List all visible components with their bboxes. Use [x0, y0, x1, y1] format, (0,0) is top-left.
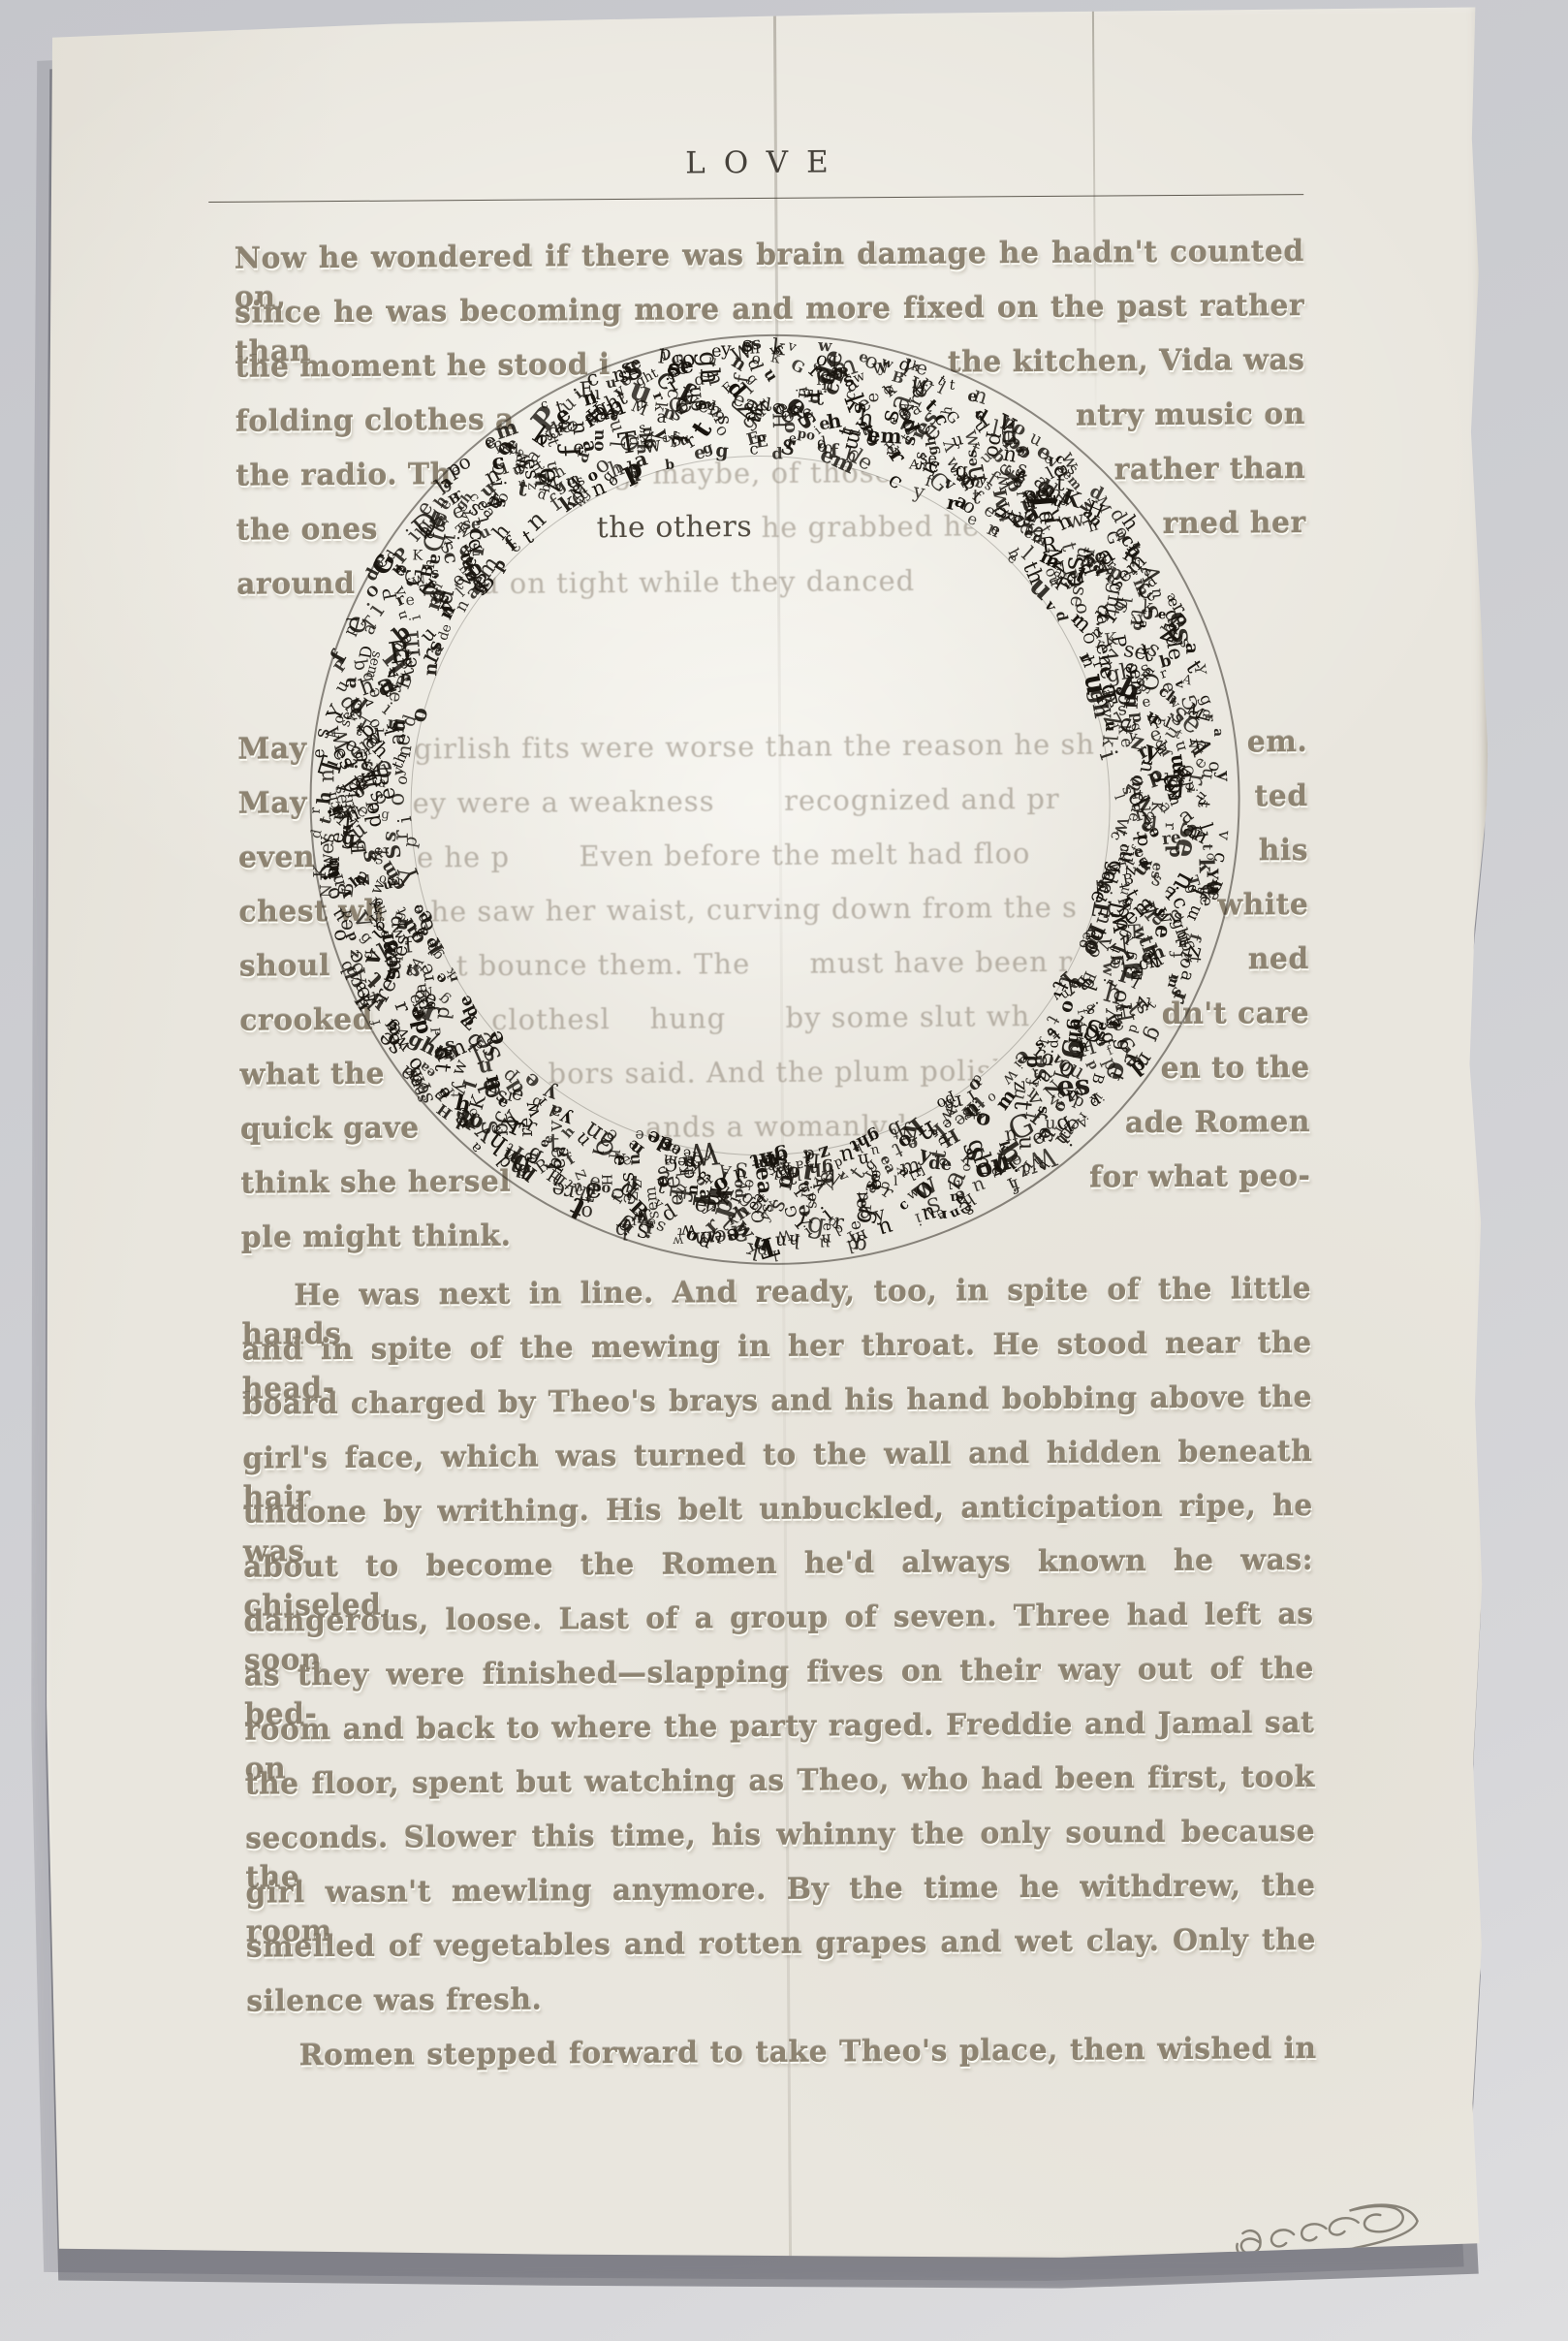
- collage-letter: t: [1199, 844, 1215, 851]
- collage-letter: S: [735, 1158, 749, 1182]
- collage-letter: w: [817, 335, 832, 355]
- collage-letter: w: [912, 373, 927, 395]
- collage-letter: i: [458, 511, 474, 516]
- collage-letter: de: [1195, 882, 1221, 908]
- collage-letter: o: [481, 1072, 496, 1096]
- collage-letter: n: [774, 1231, 787, 1252]
- collage-letter: z: [345, 949, 362, 958]
- collage-letter: o: [1204, 852, 1218, 860]
- collage-letter: se: [337, 710, 356, 728]
- collage-letter: r: [307, 807, 323, 814]
- collage-letter: v: [857, 1186, 867, 1207]
- collage-letter: e: [818, 414, 831, 434]
- collage-letter: b: [438, 1046, 448, 1061]
- collage-letter: y: [315, 837, 334, 846]
- collage-letter: es: [1147, 862, 1165, 880]
- collage-letter: t: [449, 1091, 464, 1097]
- collage-letter: k: [771, 334, 787, 361]
- collage-letter: A: [1093, 555, 1112, 582]
- collage-letter: b: [665, 457, 675, 473]
- collage-letter: o: [1205, 761, 1225, 772]
- collage-letter: l: [976, 1170, 993, 1176]
- collage-letter: v: [1213, 830, 1234, 841]
- collage-letter: gh: [681, 385, 706, 413]
- collage-letter: em: [866, 423, 902, 449]
- collage-letter: u: [950, 1189, 961, 1206]
- collage-letter: D: [318, 864, 342, 881]
- collage-letter: po: [796, 426, 816, 444]
- collage-letter: S: [963, 1147, 988, 1162]
- collage-letter: e: [711, 340, 722, 361]
- collage-letter: A: [323, 725, 344, 741]
- collage-letter: n: [821, 1230, 831, 1249]
- collage-letter: e: [664, 1193, 688, 1206]
- collage-letter: a: [1210, 728, 1226, 737]
- collage-letter: g: [380, 807, 390, 823]
- collage-letter: e: [541, 1135, 556, 1144]
- collage-letter: z: [941, 1179, 964, 1189]
- collage-letter: A: [908, 457, 920, 473]
- collage-letter: B: [366, 771, 392, 788]
- collage-letter: a: [350, 749, 376, 764]
- collage-letter: e: [658, 1175, 686, 1191]
- collage-letter: Y: [1103, 1007, 1128, 1023]
- collage-letter: v: [1097, 708, 1117, 718]
- collage-letter: g: [715, 440, 730, 462]
- collage-letter: v: [1172, 680, 1187, 688]
- collage-letter: re: [1160, 828, 1181, 849]
- collage-letter: w: [870, 355, 890, 379]
- collage-letter: a: [730, 1217, 750, 1252]
- collage-letter: ea: [750, 1165, 778, 1194]
- collage-letter: e: [862, 393, 883, 403]
- letter-collage-ring: ScokbuzfyufmzEeArsemgesfiuNgikchdeseuiay…: [29, 3, 1498, 2271]
- collage-letter: i: [541, 1162, 561, 1170]
- collage-letter: es: [804, 1192, 823, 1209]
- collage-letter: k: [688, 1155, 704, 1181]
- collage-letter: z: [620, 1190, 643, 1201]
- collage-letter: h: [312, 790, 335, 806]
- collage-letter: H: [998, 427, 1021, 445]
- book-page: LOVE Now he wondered if there was brain …: [29, 3, 1498, 2271]
